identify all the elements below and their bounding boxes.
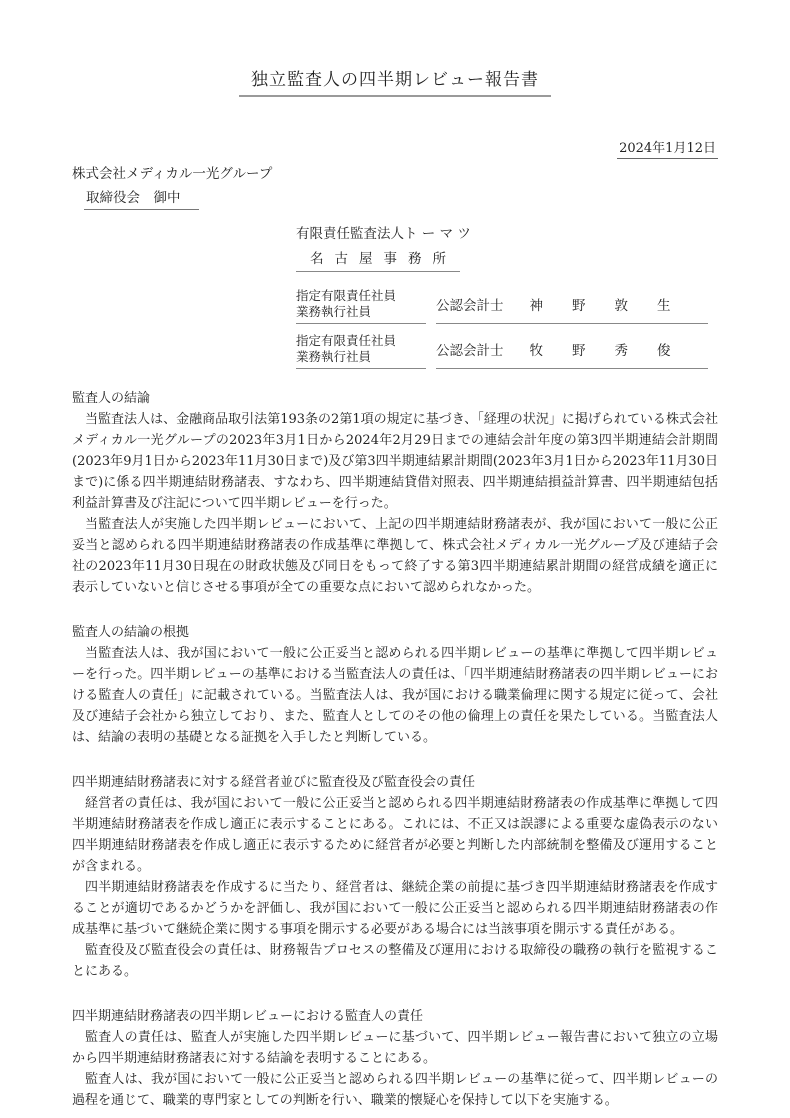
paragraph: 監査役及び監査役会の責任は、財務報告プロセスの整備及び運用における取締役の職務の… xyxy=(72,940,718,982)
paragraph: 当監査法人は、金融商品取引法第193条の2第1項の規定に基づき、「経理の状況」に… xyxy=(72,409,718,514)
paragraph: 経営者の責任は、我が国において一般に公正妥当と認められる四半期連結財務諸表の作成… xyxy=(72,793,718,877)
signer-role-line1: 指定有限責任社員 xyxy=(296,288,426,304)
section-heading: 監査人の結論 xyxy=(72,388,718,409)
paragraph: 監査人の責任は、監査人が実施した四半期レビューに基づいて、四半期レビュー報告書に… xyxy=(72,1027,718,1069)
signer-signature: 公認会計士 神野敦生 xyxy=(436,299,708,324)
auditor-block: 有限責任監査法人ト ー マ ツ 名古屋事務所 指定有限責任社員 業務執行社員 公… xyxy=(296,226,718,369)
signature-row: 指定有限責任社員 業務執行社員 公認会計士 牧野秀俊 xyxy=(296,333,718,369)
section-heading: 四半期連結財務諸表の四半期レビューにおける監査人の責任 xyxy=(72,1006,718,1027)
addressee-recipient: 取締役会 御中 xyxy=(84,190,199,210)
section-basis-for-conclusion: 監査人の結論の根拠 当監査法人は、我が国において一般に公正妥当と認められる四半期… xyxy=(72,622,718,748)
paragraph: 監査人は、我が国において一般に公正妥当と認められる四半期レビューの基準に従って、… xyxy=(72,1069,718,1111)
section-management-responsibility: 四半期連結財務諸表に対する経営者並びに監査役及び監査役会の責任 経営者の責任は、… xyxy=(72,772,718,982)
paragraph: 当監査法人が実施した四半期レビューにおいて、上記の四半期連結財務諸表が、我が国に… xyxy=(72,514,718,598)
addressee-company: 株式会社メディカル一光グループ xyxy=(72,166,718,182)
audit-office-name: 名古屋事務所 xyxy=(296,251,460,272)
page-title: 独立監査人の四半期レビュー報告書 xyxy=(239,70,551,97)
signer-name: 牧野秀俊 xyxy=(530,344,700,359)
signer-role-line2: 業務執行社員 xyxy=(296,304,426,320)
paragraph: 四半期連結財務諸表を作成するに当たり、経営者は、継続企業の前提に基づき四半期連結… xyxy=(72,877,718,940)
signer-role-line1: 指定有限責任社員 xyxy=(296,333,426,349)
section-auditor-responsibility: 四半期連結財務諸表の四半期レビューにおける監査人の責任 監査人の責任は、監査人が… xyxy=(72,1006,718,1111)
signer-signature: 公認会計士 牧野秀俊 xyxy=(436,344,708,369)
report-date: 2024年1月12日 xyxy=(617,141,718,159)
report-page: 独立監査人の四半期レビュー報告書 2024年1月12日 株式会社メディカル一光グ… xyxy=(0,0,790,1118)
signer-role: 指定有限責任社員 業務執行社員 xyxy=(296,288,426,324)
audit-firm-name: 有限責任監査法人ト ー マ ツ xyxy=(296,226,718,242)
title-wrap: 独立監査人の四半期レビュー報告書 xyxy=(72,70,718,97)
signer-title: 公認会計士 xyxy=(436,344,504,359)
section-auditor-conclusion: 監査人の結論 当監査法人は、金融商品取引法第193条の2第1項の規定に基づき、「… xyxy=(72,388,718,598)
date-line: 2024年1月12日 xyxy=(72,141,718,159)
report-body: 監査人の結論 当監査法人は、金融商品取引法第193条の2第1項の規定に基づき、「… xyxy=(72,388,718,1111)
recipient-line: 取締役会 御中 xyxy=(72,187,718,210)
section-heading: 四半期連結財務諸表に対する経営者並びに監査役及び監査役会の責任 xyxy=(72,772,718,793)
signer-name: 神野敦生 xyxy=(530,299,700,314)
signer-role-line2: 業務執行社員 xyxy=(296,349,426,365)
paragraph: 当監査法人は、我が国において一般に公正妥当と認められる四半期レビューの基準に準拠… xyxy=(72,643,718,748)
signature-row: 指定有限責任社員 業務執行社員 公認会計士 神野敦生 xyxy=(296,288,718,324)
signer-title: 公認会計士 xyxy=(436,299,504,314)
section-heading: 監査人の結論の根拠 xyxy=(72,622,718,643)
signer-role: 指定有限責任社員 業務執行社員 xyxy=(296,333,426,369)
